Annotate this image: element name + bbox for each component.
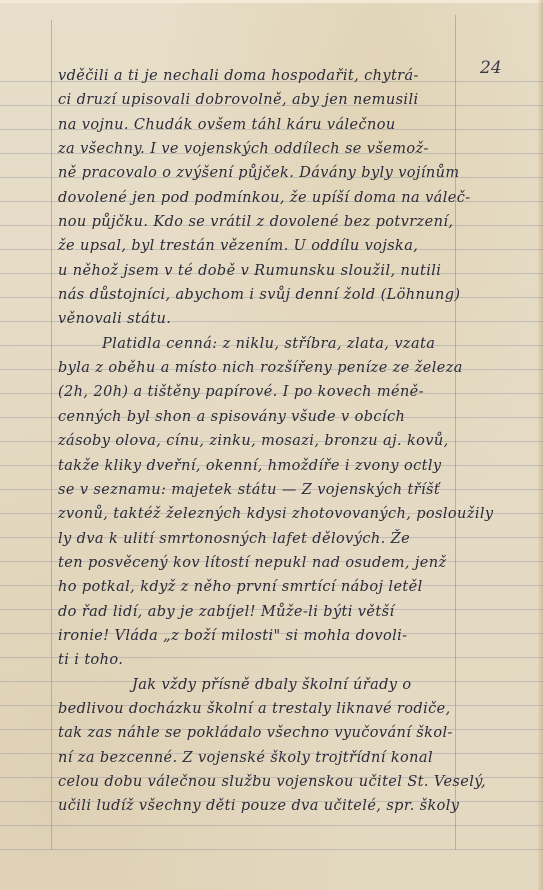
text-line: na vojnu. Chudák ovšem táhl káru válečno… bbox=[58, 113, 478, 137]
text-line: ně pracovalo o zvýšení půjček. Dávány by… bbox=[58, 161, 478, 185]
text-line: nou půjčku. Kdo se vrátil z dovolené bez… bbox=[58, 210, 478, 234]
paragraph-start-line: Platidla cenná: z niklu, stříbra, zlata,… bbox=[58, 332, 478, 356]
text-line: ten posvěcený kov lítostí nepukl nad osu… bbox=[58, 551, 478, 575]
text-line: zásoby olova, cínu, zinku, mosazi, bronz… bbox=[58, 429, 478, 453]
text-line: vděčili a ti je nechali doma hospodařit,… bbox=[58, 64, 478, 88]
text-line: cenných byl shon a spisovány všude v obc… bbox=[58, 405, 478, 429]
paper-right-shadow bbox=[537, 0, 543, 890]
page-number: 24 bbox=[480, 58, 502, 78]
text-line: u něhož jsem v té době v Rumunsku slouži… bbox=[58, 259, 478, 283]
handwritten-text-block: vděčili a ti je nechali doma hospodařit,… bbox=[58, 64, 478, 819]
paragraph-start-line: Jak vždy přísně dbaly školní úřady o bbox=[58, 673, 478, 697]
text-line: za všechny. I ve vojenských oddílech se … bbox=[58, 137, 478, 161]
text-line: tak zas náhle se pokládalo všechno vyučo… bbox=[58, 721, 478, 745]
text-line: byla z oběhu a místo nich rozšířeny pení… bbox=[58, 356, 478, 380]
text-line: ní za bezcenné. Z vojenské školy trojtří… bbox=[58, 746, 478, 770]
left-margin-rule bbox=[51, 20, 52, 850]
text-line: že upsal, byl trestán vězením. U oddílu … bbox=[58, 234, 478, 258]
text-line: ti i toho. bbox=[58, 648, 478, 672]
text-line: učili ludíž všechny děti pouze dva učite… bbox=[58, 794, 478, 818]
text-line: zvonů, taktéž železných kdysi zhotovovan… bbox=[58, 502, 478, 526]
text-line: (2h, 20h) a tištěny papírové. I po kovec… bbox=[58, 380, 478, 404]
text-line: ironie! Vláda „z boží milosti" si mohla … bbox=[58, 624, 478, 648]
text-line: ho potkal, když z něho první smrtící náb… bbox=[58, 575, 478, 599]
text-line: nás důstojníci, abychom i svůj denní žol… bbox=[58, 283, 478, 307]
text-line: takže kliky dveřní, okenní, hmoždíře i z… bbox=[58, 454, 478, 478]
paper-top-edge bbox=[0, 0, 543, 3]
text-line: celou dobu válečnou službu vojenskou uči… bbox=[58, 770, 478, 794]
text-line: věnovali státu. bbox=[58, 307, 478, 331]
text-line: bedlivou docházku školní a trestaly likn… bbox=[58, 697, 478, 721]
text-line: ci druzí upisovali dobrovolně, aby jen n… bbox=[58, 88, 478, 112]
text-line: se v seznamu: majetek státu — Z vojenský… bbox=[58, 478, 478, 502]
text-line: ly dva k ulití smrtonosných lafet dělový… bbox=[58, 527, 478, 551]
handwritten-page: 24 vděčili a ti je nechali doma hospodař… bbox=[0, 0, 543, 890]
text-line: do řad lidí, aby je zabíjel! Může-li být… bbox=[58, 600, 478, 624]
text-line: dovolené jen pod podmínkou, že upíší dom… bbox=[58, 186, 478, 210]
